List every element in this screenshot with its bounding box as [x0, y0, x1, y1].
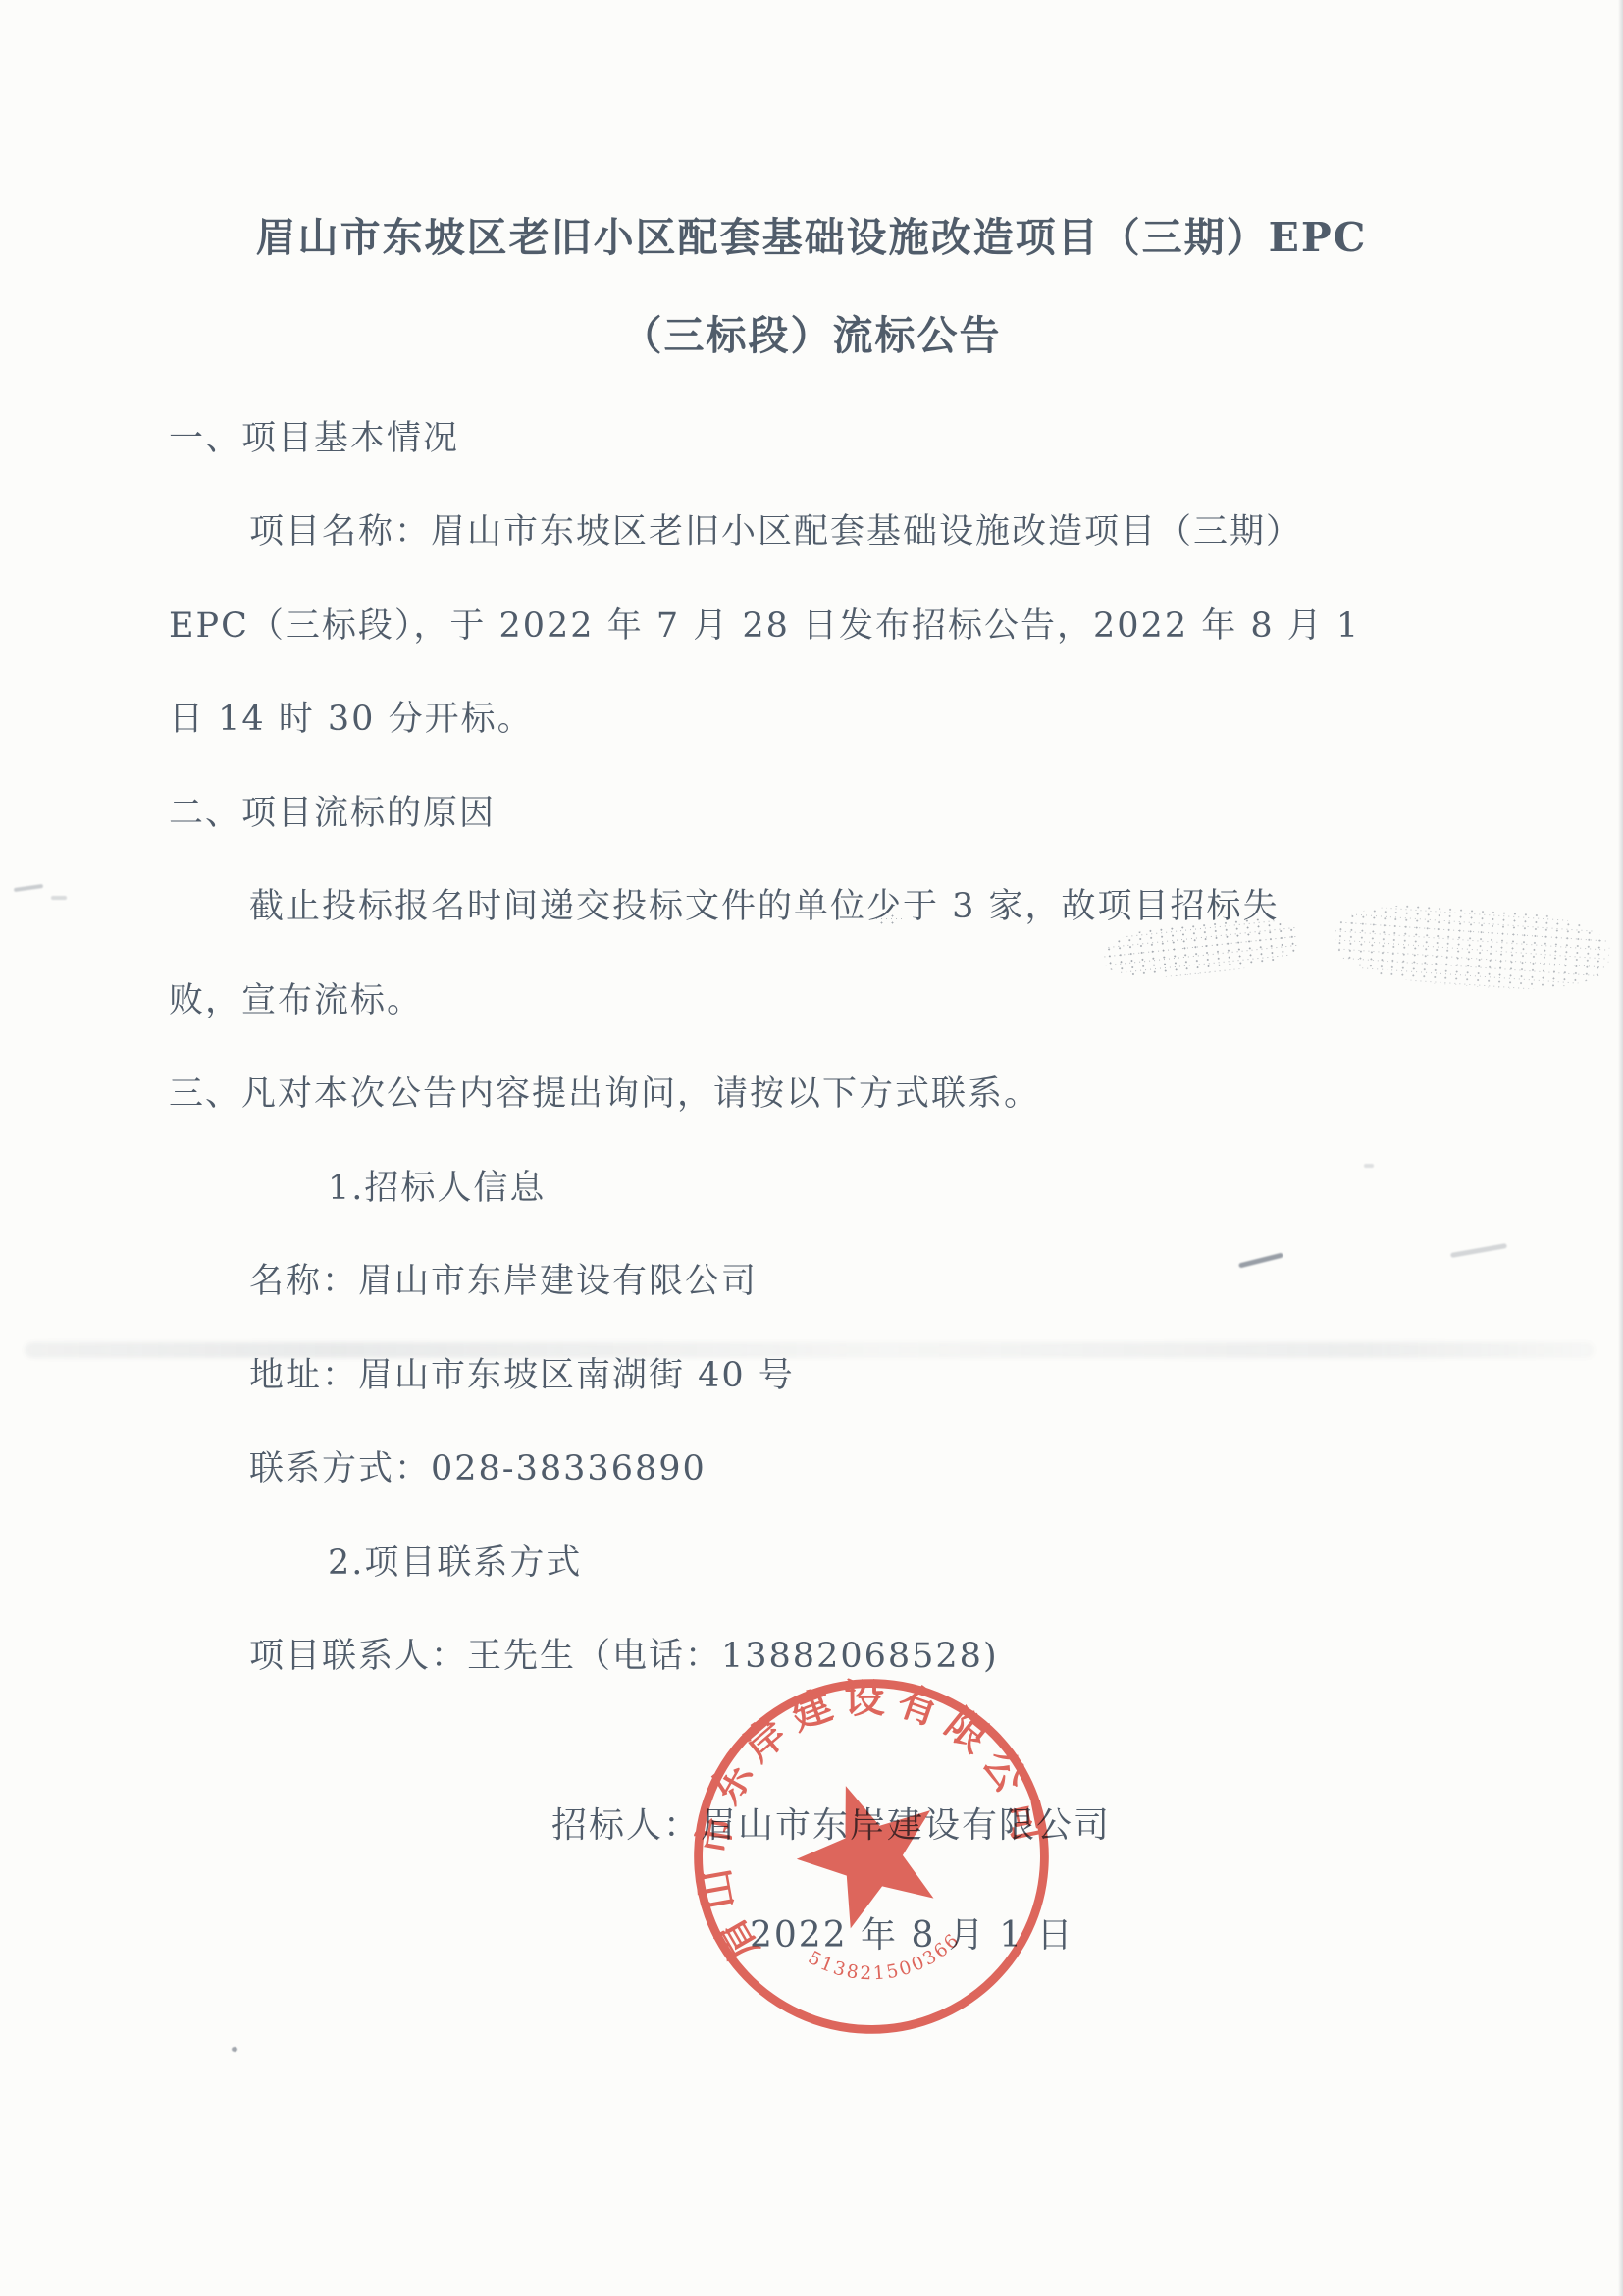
svg-text:513821500366: 513821500366 [800, 1899, 969, 2010]
seal-graphic: 眉山市东岸建设有限公司 513821500366 [679, 1664, 1064, 2049]
company-seal-stamp: 眉山市东岸建设有限公司 513821500366 [679, 1664, 1064, 2049]
section-heading-2: 二、项目流标的原因 [169, 763, 1476, 858]
bidder-phone-line: 联系方式：028-38336890 [169, 1420, 1476, 1514]
document-title: 眉山市东坡区老旧小区配套基础设施改造项目（三期）EPC （三标段）流标公告 [79, 188, 1544, 385]
scan-smudge [51, 896, 67, 900]
scanned-document-page: 眉山市东坡区老旧小区配套基础设施改造项目（三期）EPC （三标段）流标公告 一、… [0, 0, 1623, 2296]
document-body: 一、项目基本情况 项目名称：眉山市东坡区老旧小区配套基础设施改造项目（三期） E… [169, 389, 1476, 1700]
section-heading-1: 一、项目基本情况 [169, 389, 1476, 483]
bidder-address-line: 地址：眉山市东坡区南湖街 40 号 [169, 1326, 1476, 1420]
seal-serial-number: 513821500366 [800, 1899, 969, 2010]
paragraph-line: 截止投标报名时间递交投标文件的单位少于 3 家，故项目招标失 [169, 858, 1476, 952]
bidder-name-line: 名称：眉山市东岸建设有限公司 [169, 1232, 1476, 1327]
scan-smudge [14, 884, 43, 892]
paragraph-line: 项目名称：眉山市东坡区老旧小区配套基础设施改造项目（三期） [169, 483, 1476, 577]
paragraph-line: EPC（三标段），于 2022 年 7 月 28 日发布招标公告，2022 年 … [169, 576, 1476, 670]
document-title-line2: （三标段）流标公告 [79, 287, 1544, 385]
scan-smudge [232, 2047, 237, 2052]
seal-star-icon [779, 1761, 960, 1937]
paragraph-line: 日 14 时 30 分开标。 [169, 670, 1476, 764]
subitem-heading-2: 2.项目联系方式 [169, 1513, 1476, 1607]
paragraph-line: 败，宣布流标。 [169, 951, 1476, 1045]
document-title-line1: 眉山市东坡区老旧小区配套基础设施改造项目（三期）EPC [79, 188, 1544, 287]
subitem-heading-1: 1.招标人信息 [169, 1138, 1476, 1232]
scan-edge-shadow [1618, 0, 1623, 2296]
section-heading-3: 三、凡对本次公告内容提出询问，请按以下方式联系。 [169, 1045, 1476, 1139]
